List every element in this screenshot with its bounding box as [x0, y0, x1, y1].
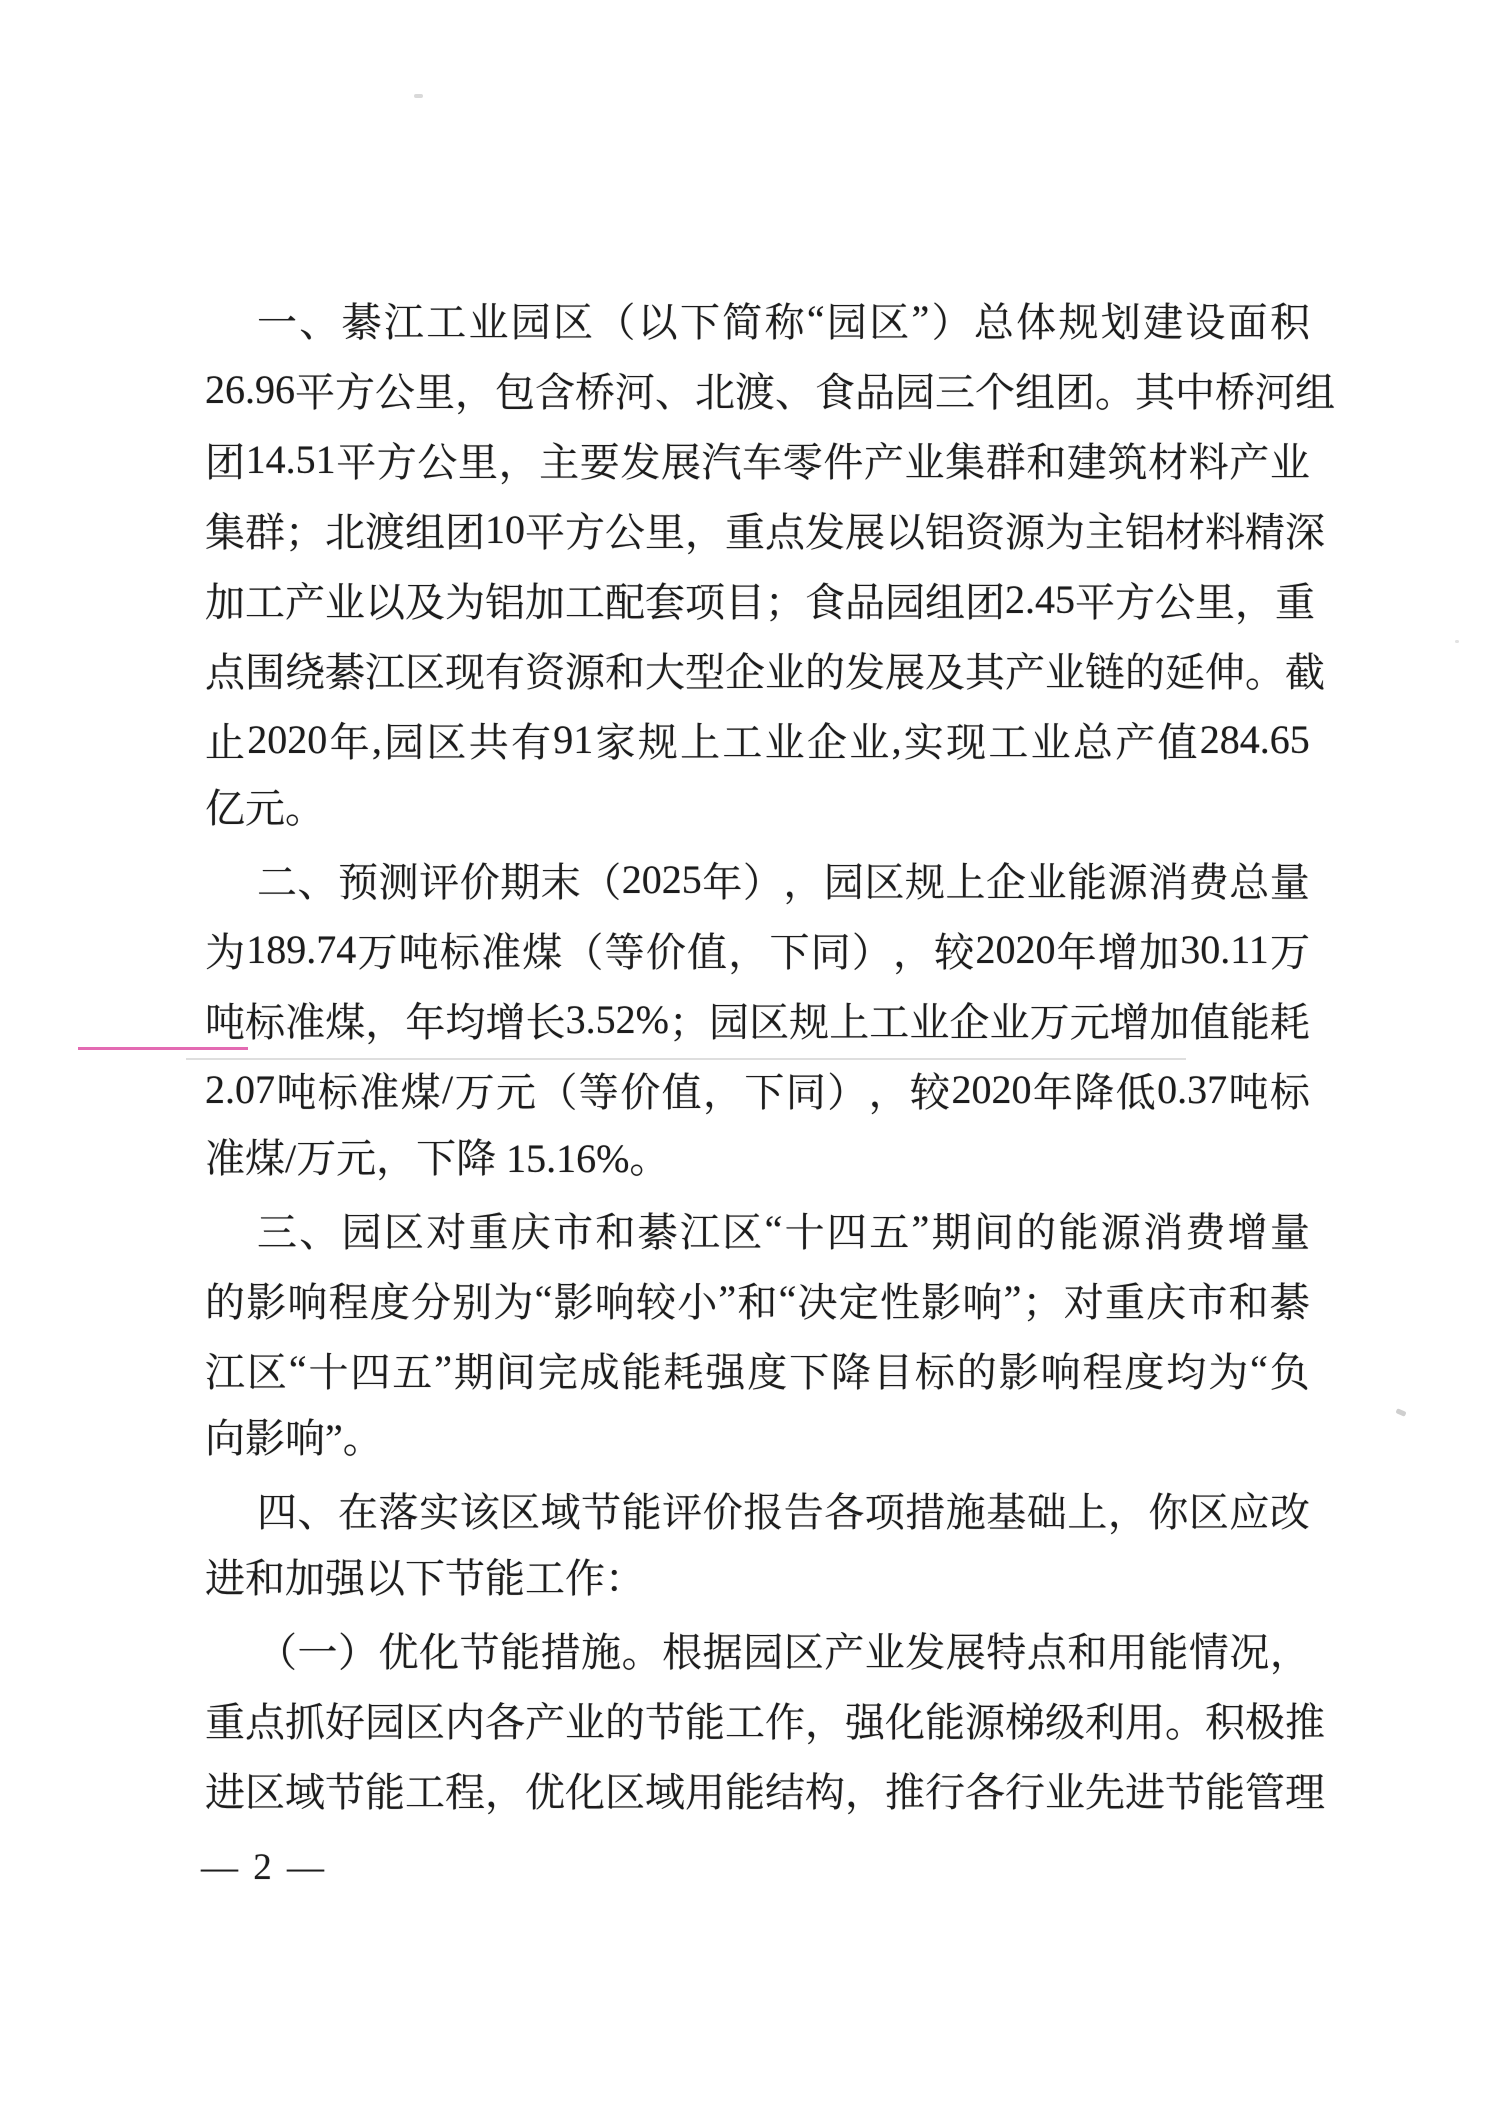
text-token: 五	[869, 1201, 909, 1258]
text-token: 能	[365, 1761, 405, 1818]
text-token: 市	[1187, 1271, 1227, 1328]
text-token: 产	[525, 1691, 565, 1748]
text-token: 公	[605, 501, 645, 558]
text-token: 主	[539, 431, 579, 488]
text-token: 组	[925, 571, 965, 628]
text-token: 展	[885, 641, 925, 698]
text-token: 区	[384, 1201, 424, 1258]
text-token: 上	[829, 991, 869, 1048]
text-line: 的影响程度分别为“影响较小”和“决定性影响”；对重庆市和綦	[205, 1264, 1310, 1334]
text-token: 标	[245, 991, 285, 1048]
text-token: ）	[852, 921, 892, 978]
text-line: 吨标准煤，年均增长3.52%；园区规上工业企业万元增加值能耗	[205, 984, 1310, 1054]
text-token: 以	[365, 571, 405, 628]
text-line: 进区域节能工程，优化区域用能结构，推行各行业先进节能管理	[205, 1754, 1310, 1824]
text-token: ，	[783, 851, 823, 908]
text-token: 展	[661, 431, 701, 488]
text-token: 绕	[285, 641, 325, 698]
text-token: 施	[581, 1621, 621, 1678]
text-token: 发	[805, 501, 845, 558]
text-token: 业	[909, 991, 949, 1048]
text-token: 期	[932, 1201, 972, 1258]
text-token: 材	[1165, 501, 1205, 558]
text-token: 期	[454, 1341, 494, 1398]
text-token: 同	[786, 1061, 826, 1118]
text-token: 等	[605, 921, 645, 978]
text-token: ；	[1023, 1271, 1063, 1328]
text-line: 进和加强以下节能工作：	[205, 1544, 1310, 1614]
text-token: 里	[415, 361, 455, 418]
text-token: 各	[824, 1481, 864, 1538]
text-token: 进	[1125, 1761, 1165, 1818]
text-token: ；	[765, 571, 805, 628]
text-token: 重	[1105, 1271, 1145, 1328]
text-token: 十	[785, 1201, 825, 1258]
text-token: 准	[481, 921, 521, 978]
text-token: 和	[1229, 1271, 1269, 1328]
text-token: 型	[685, 641, 725, 698]
text-token: 影	[999, 1341, 1039, 1398]
text-token: 积	[1270, 291, 1310, 348]
text-token: 下	[769, 921, 809, 978]
text-token: 链	[1085, 641, 1125, 698]
text-token: 91	[553, 716, 593, 763]
text-token: 主	[1085, 501, 1125, 558]
text-token: 里	[1195, 571, 1235, 628]
text-token: 重	[468, 1201, 508, 1258]
text-token: 间	[974, 1201, 1014, 1258]
text-token: 组	[1295, 361, 1335, 418]
text-token: 年	[405, 991, 445, 1048]
text-token: 加	[205, 571, 245, 628]
text-token: 你	[1148, 1481, 1188, 1538]
text-token: 程	[329, 1271, 369, 1328]
text-token: 点	[245, 1691, 285, 1748]
text-token: 推	[885, 1761, 925, 1818]
text-token: 工	[405, 1761, 445, 1818]
text-token: 评	[662, 1481, 702, 1538]
text-token: 能	[685, 1691, 725, 1748]
text-token: 基	[986, 1481, 1026, 1538]
text-token: 个	[975, 361, 1015, 418]
text-token: 点	[205, 641, 245, 698]
text-token: 能	[925, 1691, 965, 1748]
text-token: 标	[1270, 1061, 1310, 1118]
text-token: ，	[869, 1061, 909, 1118]
text-token: 程	[1082, 1341, 1122, 1398]
text-token: 团	[1055, 361, 1095, 418]
text-token: 成	[580, 1341, 620, 1398]
text-line: 江区“十四五”期间完成能耗强度下降目标的影响程度均为“负	[205, 1334, 1310, 1404]
text-token: 集	[205, 501, 245, 558]
text-token: “	[289, 1346, 307, 1393]
text-token: 性	[880, 1271, 920, 1328]
text-token: 年	[702, 851, 742, 908]
text-token: 负	[1270, 1341, 1310, 1398]
text-token: 值	[662, 1061, 702, 1118]
text-line: 三、园区对重庆市和綦江区“十四五”期间的能源消费增量	[205, 1194, 1310, 1264]
text-token: 的	[205, 1271, 245, 1328]
text-token: 四	[350, 1341, 390, 1398]
text-token: 较	[934, 921, 974, 978]
text-token: 工	[565, 571, 605, 628]
text-token: 、	[299, 291, 339, 348]
text-token: 方	[565, 501, 605, 558]
text-token: 对	[1064, 1271, 1104, 1328]
text-token: 化	[885, 1691, 925, 1748]
text-token: ，	[703, 1061, 743, 1118]
text-token: 特	[986, 1621, 1026, 1678]
text-token: 期	[500, 851, 540, 908]
text-token: 北	[325, 501, 365, 558]
text-token: 耗	[1270, 991, 1310, 1048]
text-token: 措	[905, 1481, 945, 1538]
text-token: 决	[798, 1271, 838, 1328]
text-token: 企	[949, 991, 989, 1048]
text-token: 目	[725, 571, 765, 628]
text-token: 吨	[205, 991, 245, 1048]
text-token: 耗	[663, 1341, 703, 1398]
text-token: 为	[493, 1271, 533, 1328]
text-token: 资	[965, 501, 1005, 558]
text-token: 30.11	[1180, 926, 1269, 973]
text-token: 行	[1005, 1761, 1045, 1818]
text-token: 发	[620, 431, 660, 488]
text-token: 下	[789, 1341, 829, 1398]
text-token: 189.74	[246, 926, 356, 973]
text-token: 吨	[399, 921, 439, 978]
text-token: ；	[669, 991, 709, 1048]
text-token: 里	[458, 431, 498, 488]
page-number: — 2 —	[201, 1842, 327, 1894]
text-token: 加	[525, 571, 565, 628]
text-token: 根	[662, 1621, 702, 1678]
text-token: ，	[1235, 571, 1275, 628]
text-token: 深	[1285, 501, 1325, 558]
text-token: 的	[605, 1691, 645, 1748]
text-token: 区	[553, 291, 593, 348]
text-token: 重	[725, 501, 765, 558]
text-token: 含	[535, 361, 575, 418]
text-token: 园	[885, 571, 925, 628]
text-token: 万	[1270, 921, 1310, 978]
text-token: 和	[1067, 1621, 1107, 1678]
text-token: 一	[298, 1621, 338, 1678]
text-token: 。	[1245, 641, 1285, 698]
text-token: 理	[1285, 1761, 1325, 1818]
text-token: 现	[946, 711, 986, 768]
text-token: 告	[784, 1481, 824, 1538]
text-token: ，	[845, 1761, 885, 1818]
text-token: 庆	[1146, 1271, 1186, 1328]
text-token: 加	[1150, 991, 1190, 1048]
text-token: 组	[405, 501, 445, 558]
text-token: 2025	[622, 856, 702, 903]
text-token: 市	[553, 1201, 593, 1258]
text-line: 点围绕綦江区现有资源和大型企业的发展及其产业链的延伸。截	[205, 634, 1310, 704]
text-token: 其	[1135, 361, 1175, 418]
text-token: 完	[538, 1341, 578, 1398]
text-token: 三	[257, 1201, 297, 1258]
text-token: 项	[685, 571, 725, 628]
text-token: 。	[1095, 361, 1135, 418]
text-token: 方	[377, 431, 417, 488]
text-token: “	[779, 1276, 797, 1323]
text-token: 吨	[1228, 1061, 1268, 1118]
text-token: 伸	[1205, 641, 1245, 698]
text-token: 止	[205, 711, 245, 768]
text-token: ）	[338, 1621, 378, 1678]
text-token: 平	[525, 501, 565, 558]
text-token: 业	[849, 711, 889, 768]
document-body: 一、綦江工业园区（以下简称“园区”）总体规划建设面积26.96平方公里，包含桥河…	[205, 284, 1310, 1824]
text-token: 綦	[1270, 1271, 1310, 1328]
text-token: 26.96	[205, 366, 295, 413]
text-token: 标	[915, 1341, 955, 1398]
text-token: 工	[722, 711, 762, 768]
text-token: 要	[580, 431, 620, 488]
text-token: ，	[805, 1691, 845, 1748]
text-token: （	[257, 1621, 297, 1678]
text-token: 园	[342, 1201, 382, 1258]
text-token: ，	[365, 991, 405, 1048]
text-token: 为	[445, 571, 485, 628]
text-token: 家	[596, 711, 636, 768]
text-token: 十	[308, 1341, 348, 1398]
text-token: ，	[1108, 1481, 1148, 1538]
text-token: 用	[685, 1761, 725, 1818]
text-token: 建	[1143, 291, 1183, 348]
text-token: 增	[1098, 921, 1138, 978]
text-token: 的	[1016, 1201, 1056, 1258]
text-token: 据	[703, 1621, 743, 1678]
text-token: 域	[645, 1761, 685, 1818]
text-token: 发	[905, 1621, 945, 1678]
text-token: ）	[827, 1061, 867, 1118]
text-token: 江	[205, 1341, 245, 1398]
text-token: 万	[1030, 991, 1070, 1048]
text-token: 规	[1058, 291, 1098, 348]
text-token: 铝	[485, 571, 525, 628]
text-token: 础	[1027, 1481, 1067, 1538]
text-token: ）	[932, 291, 972, 348]
text-token: 能	[1067, 851, 1107, 908]
text-token: 綦	[638, 1201, 678, 1258]
text-token: 管	[1245, 1761, 1285, 1818]
text-token: 截	[1285, 641, 1325, 698]
text-token: 材	[1148, 431, 1188, 488]
text-token: 方	[335, 361, 375, 418]
text-token: 平	[1075, 571, 1115, 628]
text-token: 集	[945, 431, 985, 488]
text-token: 的	[805, 641, 845, 698]
text-token: 行	[925, 1761, 965, 1818]
text-token: 料	[1205, 501, 1245, 558]
text-token: （	[537, 1061, 577, 1118]
text-token: 准	[359, 1061, 399, 1118]
text-token: 建	[1067, 431, 1107, 488]
text-token: 铝	[1125, 501, 1165, 558]
text-token: /	[442, 1066, 453, 1113]
scanned-document-page: 一、綦江工业园区（以下简称“园区”）总体规划建设面积26.96平方公里，包含桥河…	[0, 0, 1488, 2104]
text-token: 现	[445, 641, 485, 698]
text-token: 园	[824, 851, 864, 908]
text-token: 品	[845, 571, 885, 628]
text-token: 和	[605, 641, 645, 698]
text-token: 用	[1108, 1621, 1148, 1678]
text-token: 区	[722, 1201, 762, 1258]
text-token: 工	[988, 711, 1028, 768]
text-token: 工	[245, 571, 285, 628]
text-token: 的	[957, 1341, 997, 1398]
text-token: 工	[725, 1691, 765, 1748]
text-token: ，	[455, 361, 495, 418]
text-token: 公	[1155, 571, 1195, 628]
text-token: 平	[295, 361, 335, 418]
text-token: 内	[445, 1691, 485, 1748]
text-token: 况	[1229, 1621, 1269, 1678]
text-token: 区	[1189, 1481, 1229, 1538]
text-token: 域	[541, 1481, 581, 1538]
text-token: 节	[581, 1481, 621, 1538]
text-token: 区	[864, 851, 904, 908]
text-token: 等	[579, 1061, 619, 1118]
text-token: 业	[765, 711, 805, 768]
text-token: 域	[285, 1761, 325, 1818]
text-token: 14.51	[246, 436, 336, 483]
text-token: 价	[646, 921, 686, 978]
text-token: 规	[905, 851, 945, 908]
text-token: 增	[485, 991, 525, 1048]
text-token: 降	[831, 1341, 871, 1398]
text-token: 和	[1026, 431, 1066, 488]
text-token: 划	[1101, 291, 1141, 348]
text-token: 区	[784, 1621, 824, 1678]
text-token: 小	[677, 1271, 717, 1328]
text-token: 能	[1058, 1201, 1098, 1258]
text-token: 品	[855, 361, 895, 418]
text-token: 简	[722, 291, 762, 348]
text-token: 有	[511, 711, 551, 768]
text-token: 煤	[325, 991, 365, 1048]
text-token: 为	[205, 921, 245, 978]
text-line: 2.07吨标准煤/万元（等价值，下同），较2020年降低0.37吨标	[205, 1054, 1310, 1124]
text-token: 总	[1073, 711, 1113, 768]
text-token: 结	[765, 1761, 805, 1818]
text-token: 实	[904, 711, 944, 768]
text-token: 业	[1031, 711, 1071, 768]
text-token: 包	[495, 361, 535, 418]
text-token: 值	[687, 921, 727, 978]
text-token: 好	[325, 1691, 365, 1748]
text-token: 大	[645, 641, 685, 698]
text-token: 措	[541, 1621, 581, 1678]
text-line: 加工产业以及为铝加工配套项目；食品园组团2.45平方公里，重	[205, 564, 1310, 634]
text-token: 价	[460, 851, 500, 908]
text-token: 同	[811, 921, 851, 978]
text-token: 展	[845, 501, 885, 558]
text-token: 园	[511, 291, 551, 348]
text-token: 和	[595, 1201, 635, 1258]
text-token: 较	[636, 1271, 676, 1328]
text-token: 园	[709, 991, 749, 1048]
text-token: 源	[1005, 501, 1045, 558]
text-token: 费	[1189, 851, 1229, 908]
text-token: 目	[873, 1341, 913, 1398]
text-token: 上	[946, 851, 986, 908]
text-token: 五	[392, 1341, 432, 1398]
text-token: 工	[426, 291, 466, 348]
text-token: 该	[460, 1481, 500, 1538]
text-token: 区	[605, 1761, 645, 1818]
text-token: 2020	[975, 926, 1055, 973]
text-token: 改	[1270, 1481, 1310, 1538]
text-token: 均	[1166, 1341, 1206, 1398]
text-token: 产	[1115, 711, 1155, 768]
text-token: 精	[1245, 501, 1285, 558]
text-token: 评	[419, 851, 459, 908]
text-token: 其	[965, 641, 1005, 698]
text-token: 年	[330, 711, 370, 768]
text-token: 影	[554, 1271, 594, 1328]
text-token: 均	[445, 991, 485, 1048]
text-token: 区	[247, 1341, 287, 1398]
text-token: 响	[287, 1271, 327, 1328]
text-token: 价	[620, 1061, 660, 1118]
text-token: 标	[440, 921, 480, 978]
text-token: 响	[595, 1271, 635, 1328]
text-token: （	[563, 921, 603, 978]
text-token: 食	[815, 361, 855, 418]
text-token: 园	[384, 711, 424, 768]
text-token: 桥	[1215, 361, 1255, 418]
text-token: 元	[1070, 991, 1110, 1048]
text-token: 体	[1016, 291, 1056, 348]
text-token: 有	[485, 641, 525, 698]
text-line: 止2020年,园区共有91家规上工业企业,实现工业总产值284.65	[205, 704, 1310, 774]
text-line: 向影响”。	[205, 1404, 1310, 1474]
text-token: 产	[824, 1621, 864, 1678]
text-token: 消	[1143, 1201, 1183, 1258]
text-token: 业	[1045, 641, 1085, 698]
text-token: 能	[622, 1341, 662, 1398]
text-token: 消	[1148, 851, 1188, 908]
text-token: 套	[645, 571, 685, 628]
text-token: 总	[974, 291, 1014, 348]
text-token: 应	[1229, 1481, 1269, 1538]
text-token: 准	[285, 991, 325, 1048]
text-token: 抓	[285, 1691, 325, 1748]
text-token: 业	[765, 641, 805, 698]
text-token: 组	[1015, 361, 1055, 418]
text-token: 零	[783, 431, 823, 488]
text-token: 度	[747, 1341, 787, 1398]
text-token: 定	[839, 1271, 879, 1328]
text-token: 梯	[1005, 1691, 1045, 1748]
text-token: 化	[565, 1761, 605, 1818]
text-token: 量	[1270, 851, 1310, 908]
text-token: 测	[379, 851, 419, 908]
text-token: 、	[299, 1201, 339, 1258]
text-token: 强	[845, 1691, 885, 1748]
text-token: 吨	[276, 1061, 316, 1118]
text-token: ”	[434, 1346, 452, 1393]
text-line: 集群；北渡组团10平方公里，重点发展以铝资源为主铝材料精深	[205, 494, 1310, 564]
text-token: 在	[338, 1481, 378, 1538]
text-token: ，	[893, 921, 933, 978]
text-token: 汽	[702, 431, 742, 488]
text-token: 群	[245, 501, 285, 558]
